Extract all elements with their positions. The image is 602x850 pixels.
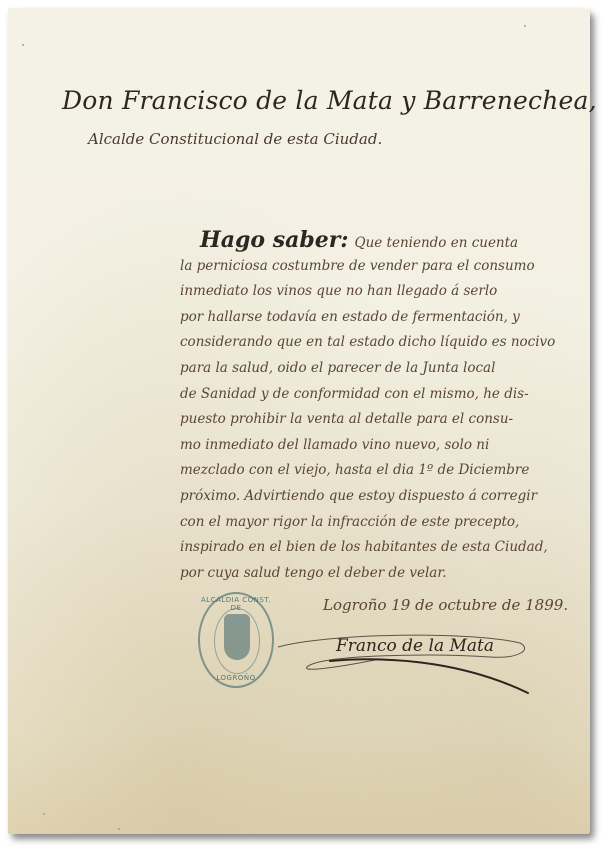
body-line: considerando que en tal estado dicho líq… <box>180 330 575 356</box>
body-line: próximo. Advirtiendo que estoy dispuesto… <box>180 484 575 510</box>
document-title: Don Francisco de la Mata y Barrenechea, <box>62 86 597 115</box>
body-line: Hago saber:Que teniendo en cuenta <box>180 228 575 254</box>
paper-speck <box>118 828 120 830</box>
document-subtitle: Alcalde Constitucional de esta Ciudad. <box>88 130 382 148</box>
coat-of-arms-icon <box>224 614 250 660</box>
body-line: inspirado en el bien de los habitantes d… <box>180 535 575 561</box>
mayor-signature: Franco de la Mata <box>336 636 494 656</box>
official-seal-stamp: ALCALDIA CONST. DE LOGROÑO <box>198 592 274 688</box>
proclamation-body: Hago saber:Que teniendo en cuenta la per… <box>180 228 575 586</box>
body-line: mo inmediato del llamado vino nuevo, sol… <box>180 433 575 459</box>
body-line: con el mayor rigor la infracción de este… <box>180 510 575 536</box>
body-line: puesto prohibir la venta al detalle para… <box>180 407 575 433</box>
paper-speck <box>22 44 24 46</box>
proclamation-heading: Hago saber: <box>200 227 349 253</box>
stamp-bottom-text: LOGROÑO <box>200 674 272 682</box>
body-line: de Sanidad y de conformidad con el mismo… <box>180 382 575 408</box>
body-line: por cuya salud tengo el deber de velar. <box>180 561 575 587</box>
paper-speck <box>43 813 45 815</box>
body-line: inmediato los vinos que no han llegado á… <box>180 279 575 305</box>
body-line: por hallarse todavía en estado de fermen… <box>180 305 575 331</box>
body-line: mezclado con el viejo, hasta el dia 1º d… <box>180 458 575 484</box>
paper-speck <box>524 25 526 27</box>
body-line: la perniciosa costumbre de vender para e… <box>180 254 575 280</box>
body-line: para la salud, oido el parecer de la Jun… <box>180 356 575 382</box>
date-line: Logroño 19 de octubre de 1899. <box>323 596 568 614</box>
